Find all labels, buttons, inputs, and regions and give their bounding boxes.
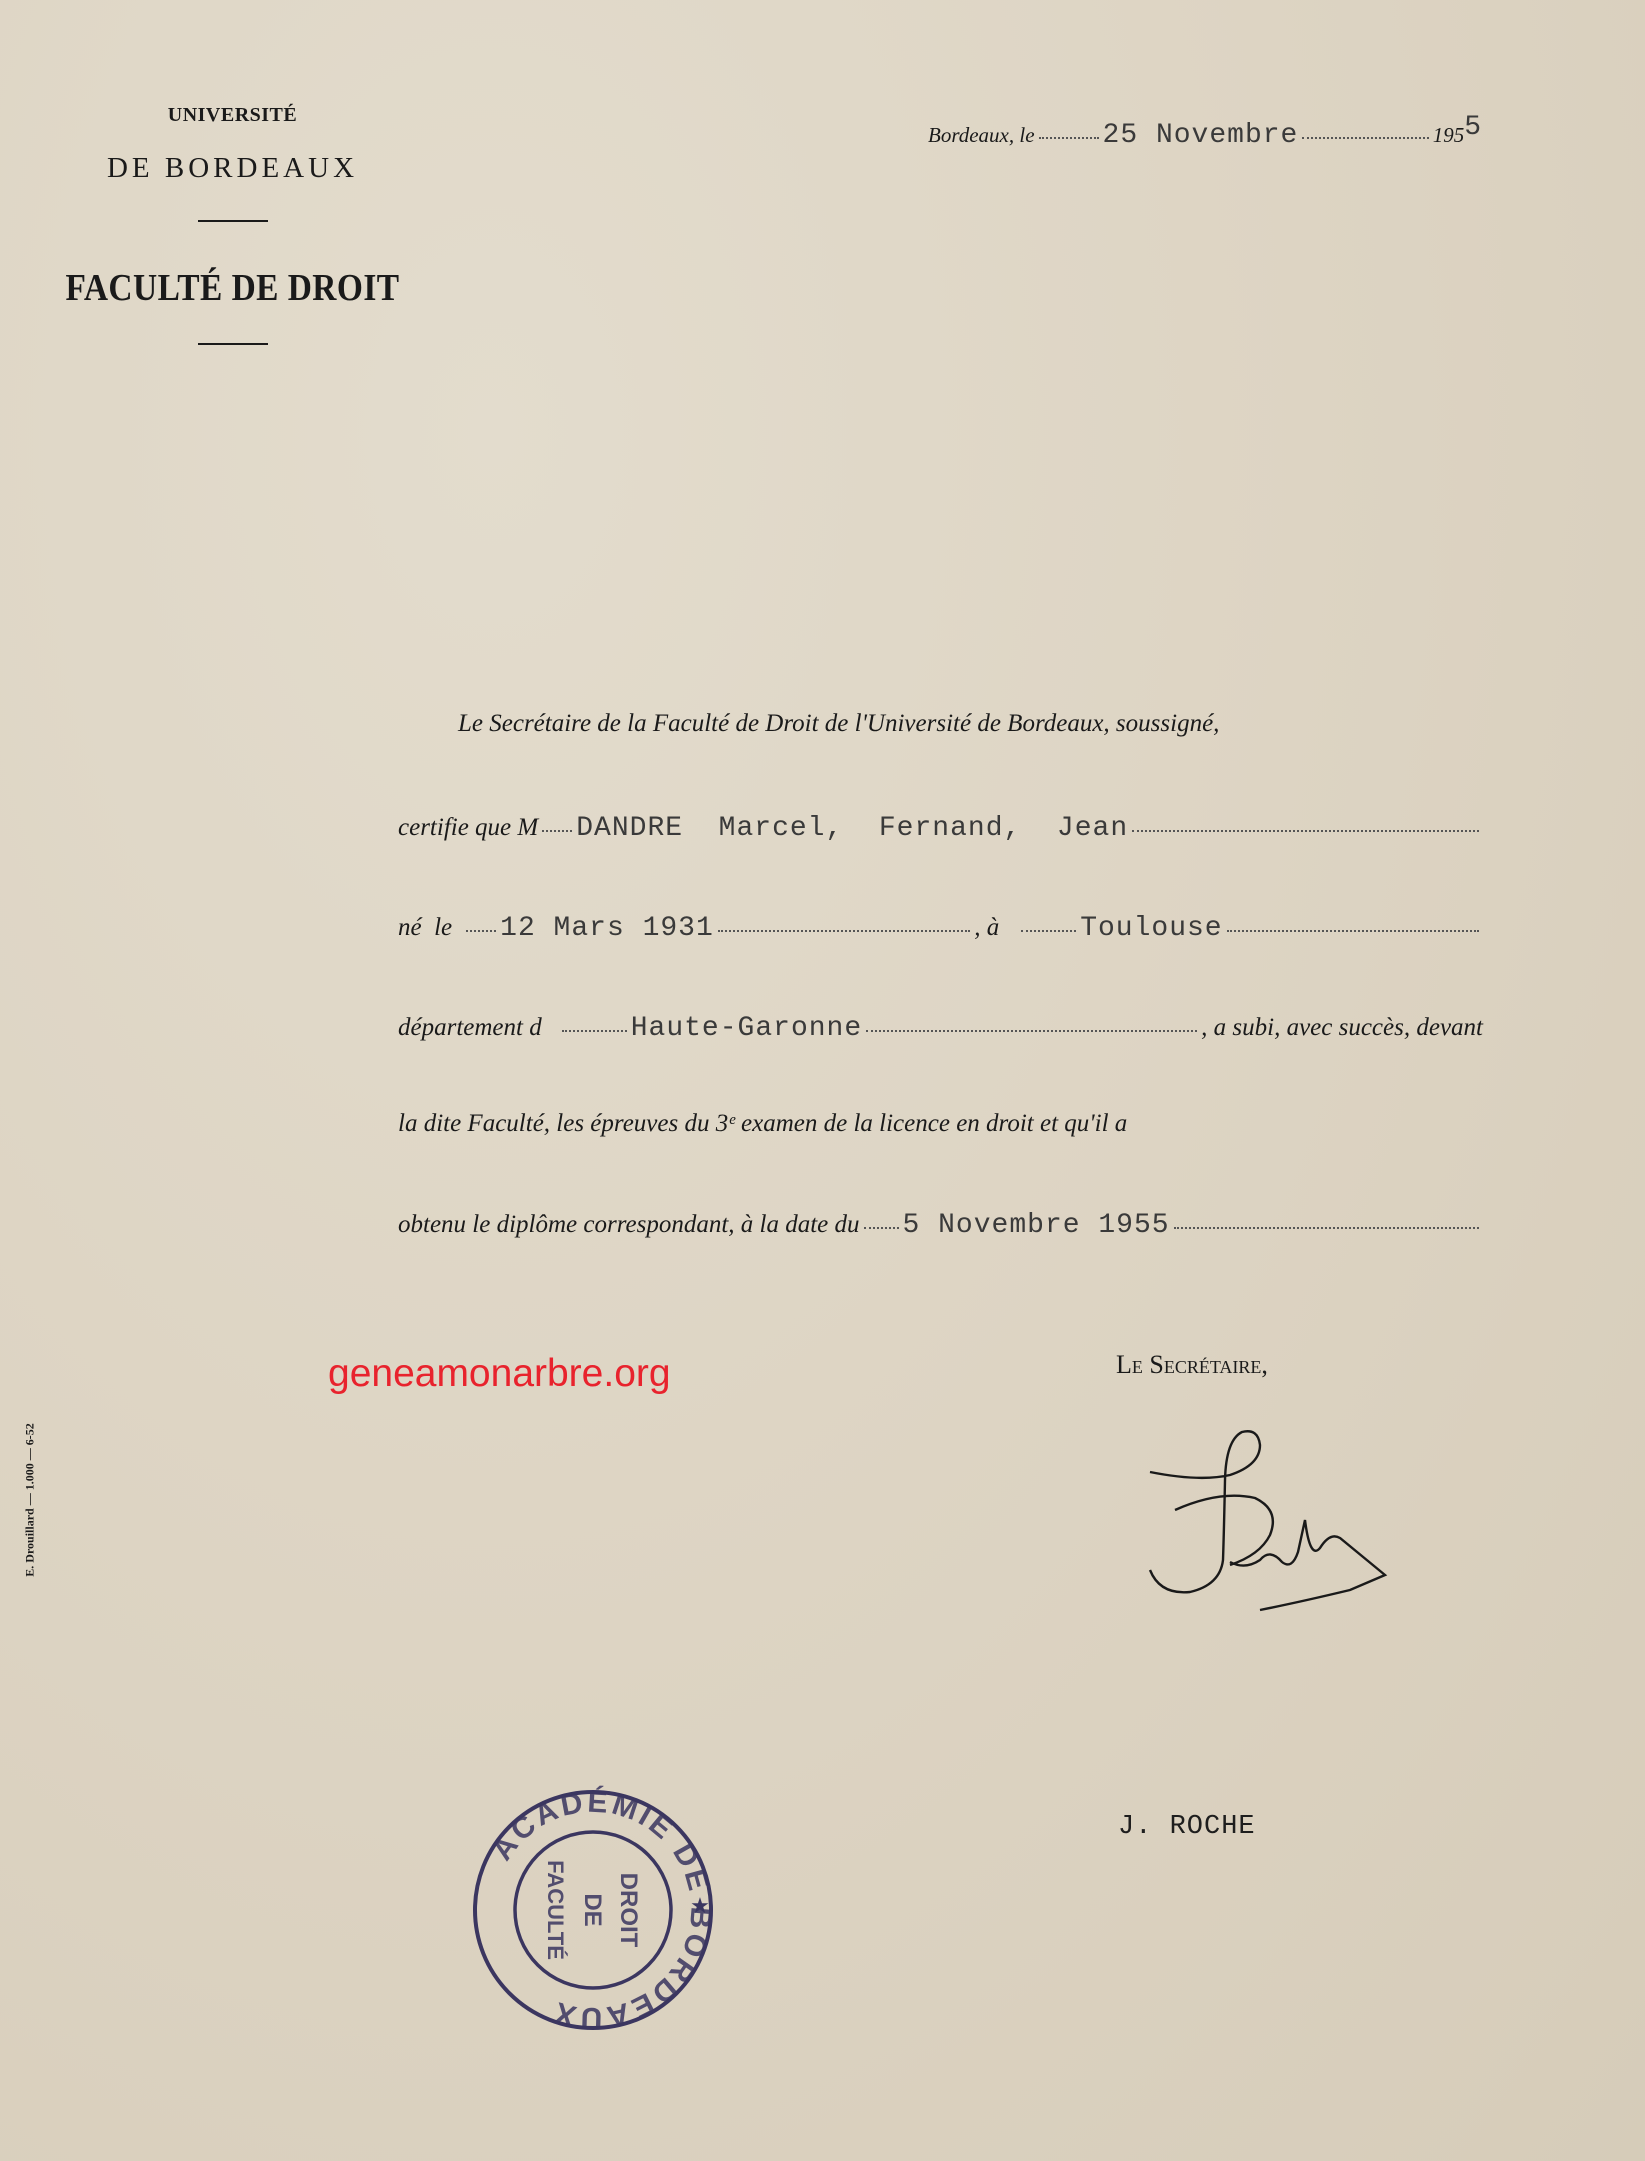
letterhead-divider <box>198 220 268 222</box>
department-line: département d Haute-Garonne , a subi, av… <box>398 1013 1483 1044</box>
birth-place: Toulouse <box>1080 913 1222 944</box>
stamp-inner-line2: DE <box>579 1893 606 1926</box>
person-name: DANDRE Marcel, Fernand, Jean <box>576 813 1128 844</box>
letterhead-city: DE BORDEAUX <box>70 152 395 185</box>
signature-title: Le Secrétaire, <box>1116 1350 1268 1380</box>
obtained-date: 5 Novembre 1955 <box>903 1210 1170 1241</box>
dateline-year-suffix: 5 <box>1464 112 1482 143</box>
dateline: Bordeaux, le 25 Novembre 195 5 <box>928 120 1482 151</box>
dateline-year-prefix: 195 <box>1433 123 1465 148</box>
birth-date: 12 Mars 1931 <box>500 913 714 944</box>
obtained-line: obtenu le diplôme correspondant, à la da… <box>398 1210 1483 1241</box>
letterhead-university: UNIVERSITÉ <box>150 104 315 127</box>
signatory-typed-name: J. ROCHE <box>1118 1812 1256 1842</box>
born-label: né le <box>398 914 452 942</box>
dateline-date: 25 Novembre <box>1103 120 1299 151</box>
certify-line: certifie que M DANDRE Marcel, Fernand, J… <box>398 813 1483 844</box>
passed-text: , a subi, avec succès, devant <box>1201 1014 1483 1042</box>
letterhead-divider-2 <box>198 343 268 345</box>
letterhead-faculty: FACULTÉ DE DROIT <box>63 266 402 310</box>
stamp-inner-line1: FACULTÉ <box>543 1860 568 1960</box>
department-label: département d <box>398 1014 542 1042</box>
intro-line: Le Secrétaire de la Faculté de Droit de … <box>458 710 1483 738</box>
at-label: , à <box>974 914 999 942</box>
birth-line: né le 12 Mars 1931 , à Toulouse <box>398 913 1483 944</box>
department-value: Haute-Garonne <box>631 1013 862 1044</box>
printer-mark: E. Drouillard — 1.000 — 6-52 <box>10 1380 50 1620</box>
certify-label: certifie que M <box>398 814 538 842</box>
handwritten-signature-icon <box>1120 1420 1390 1620</box>
watermark-link[interactable]: geneamonarbre.org <box>328 1352 671 1396</box>
svg-text:★: ★ <box>690 1894 710 1919</box>
dateline-prefix: Bordeaux, le <box>928 123 1035 148</box>
faculty-stamp-icon: ACADÉMIE DE BORDEAUX ★ FACULTÉ DE DROIT <box>468 1785 718 2035</box>
obtained-label: obtenu le diplôme correspondant, à la da… <box>398 1211 860 1239</box>
stamp-inner-line3: DROIT <box>615 1873 642 1948</box>
exam-line: la dite Faculté, les épreuves du 3ᵉ exam… <box>398 1110 1483 1138</box>
